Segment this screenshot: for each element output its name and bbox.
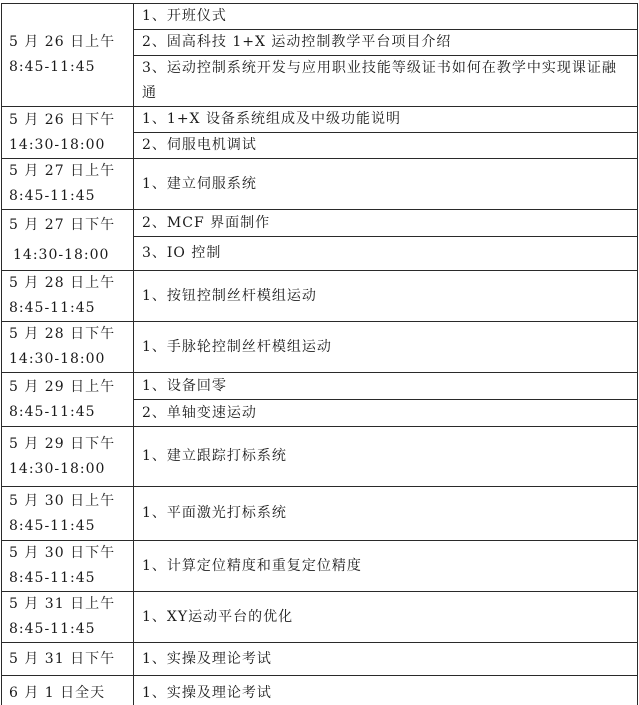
session-date: 5 月 27 日上午 xyxy=(9,159,133,184)
session-hours: 8:45-11:45 xyxy=(9,400,133,425)
session-date: 5 月 29 日上午 xyxy=(9,375,133,400)
schedule-row: 5 月 26 日下午 14:30-18:00 1、1+X 设备系统组成及中级功能… xyxy=(2,107,638,133)
session-time-cell: 5 月 26 日上午 8:45-11:45 xyxy=(2,4,134,107)
session-date: 5 月 26 日下午 xyxy=(9,108,133,133)
schedule-row: 5 月 29 日上午 8:45-11:45 1、设备回零 xyxy=(2,373,638,400)
agenda-item: 1、实操及理论考试 xyxy=(134,643,638,676)
session-date: 5 月 28 日上午 xyxy=(9,271,133,296)
schedule-row: 5 月 30 日下午 8:45-11:45 1、计算定位精度和重复定位精度 xyxy=(2,541,638,592)
schedule-row: 5 月 31 日上午 8:45-11:45 1、XY运动平台的优化 xyxy=(2,592,638,643)
agenda-item: 1、手脉轮控制丝杆模组运动 xyxy=(134,322,638,373)
agenda-item: 2、单轴变速运动 xyxy=(134,400,638,427)
session-time-cell: 5 月 26 日下午 14:30-18:00 xyxy=(2,107,134,159)
agenda-item: 1、设备回零 xyxy=(134,373,638,400)
agenda-item: 1、平面激光打标系统 xyxy=(134,487,638,541)
agenda-item: 1、XY运动平台的优化 xyxy=(134,592,638,643)
session-date: 5 月 30 日上午 xyxy=(9,489,133,514)
session-date: 5 月 30 日下午 xyxy=(9,541,133,566)
schedule-row: 5 月 26 日上午 8:45-11:45 1、开班仪式 xyxy=(2,4,638,30)
schedule-row: 5 月 30 日上午 8:45-11:45 1、平面激光打标系统 xyxy=(2,487,638,541)
session-date: 5 月 31 日下午 xyxy=(9,647,133,672)
session-time-cell: 5 月 31 日下午 xyxy=(2,643,134,676)
schedule-row: 5 月 29 日下午 14:30-18:00 1、建立跟踪打标系统 xyxy=(2,427,638,487)
agenda-item: 3、IO 控制 xyxy=(134,237,638,271)
session-hours: 14:30-18:00 xyxy=(9,240,133,270)
session-time-cell: 5 月 29 日上午 8:45-11:45 xyxy=(2,373,134,427)
session-hours: 8:45-11:45 xyxy=(9,55,133,80)
schedule-row: 5 月 27 日上午 8:45-11:45 1、建立伺服系统 xyxy=(2,159,638,210)
session-date: 5 月 26 日上午 xyxy=(9,30,133,55)
session-hours: 8:45-11:45 xyxy=(9,566,133,591)
agenda-item: 2、固高科技 1+X 运动控制教学平台项目介绍 xyxy=(134,30,638,56)
agenda-item: 1、建立跟踪打标系统 xyxy=(134,427,638,487)
session-hours: 8:45-11:45 xyxy=(9,617,133,642)
session-hours: 14:30-18:00 xyxy=(9,457,133,482)
agenda-item: 1、开班仪式 xyxy=(134,4,638,30)
agenda-item: 2、伺服电机调试 xyxy=(134,133,638,159)
session-hours: 8:45-11:45 xyxy=(9,296,133,321)
session-time-cell: 5 月 29 日下午 14:30-18:00 xyxy=(2,427,134,487)
session-hours: 8:45-11:45 xyxy=(9,514,133,539)
session-date: 5 月 27 日下午 xyxy=(9,210,133,240)
agenda-item: 1、建立伺服系统 xyxy=(134,159,638,210)
session-hours: 8:45-11:45 xyxy=(9,184,133,209)
session-time-cell: 5 月 30 日上午 8:45-11:45 xyxy=(2,487,134,541)
agenda-item: 1、实操及理论考试 xyxy=(134,676,638,705)
session-hours: 14:30-18:00 xyxy=(9,347,133,372)
session-time-cell: 5 月 27 日下午 14:30-18:00 xyxy=(2,210,134,271)
session-date: 5 月 31 日上午 xyxy=(9,592,133,617)
agenda-item: 1、计算定位精度和重复定位精度 xyxy=(134,541,638,592)
schedule-row: 5 月 27 日下午 14:30-18:00 2、MCF 界面制作 xyxy=(2,210,638,237)
schedule-row: 5 月 28 日下午 14:30-18:00 1、手脉轮控制丝杆模组运动 xyxy=(2,322,638,373)
session-time-cell: 5 月 27 日上午 8:45-11:45 xyxy=(2,159,134,210)
session-time-cell: 5 月 28 日上午 8:45-11:45 xyxy=(2,271,134,322)
session-date: 5 月 29 日下午 xyxy=(9,432,133,457)
session-date: 5 月 28 日下午 xyxy=(9,322,133,347)
session-hours: 14:30-18:00 xyxy=(9,133,133,158)
session-date: 6 月 1 日全天 xyxy=(9,681,133,705)
session-time-cell: 6 月 1 日全天 xyxy=(2,676,134,705)
session-time-cell: 5 月 31 日上午 8:45-11:45 xyxy=(2,592,134,643)
agenda-item: 1、1+X 设备系统组成及中级功能说明 xyxy=(134,107,638,133)
schedule-row: 6 月 1 日全天 1、实操及理论考试 xyxy=(2,676,638,705)
schedule-row: 5 月 31 日下午 1、实操及理论考试 xyxy=(2,643,638,676)
agenda-item: 3、运动控制系统开发与应用职业技能等级证书如何在教学中实现课证融通 xyxy=(134,56,638,107)
session-time-cell: 5 月 28 日下午 14:30-18:00 xyxy=(2,322,134,373)
session-time-cell: 5 月 30 日下午 8:45-11:45 xyxy=(2,541,134,592)
schedule-table: 5 月 26 日上午 8:45-11:45 1、开班仪式 2、固高科技 1+X … xyxy=(1,3,638,705)
agenda-item: 1、按钮控制丝杆模组运动 xyxy=(134,271,638,322)
schedule-row: 5 月 28 日上午 8:45-11:45 1、按钮控制丝杆模组运动 xyxy=(2,271,638,322)
agenda-item: 2、MCF 界面制作 xyxy=(134,210,638,237)
